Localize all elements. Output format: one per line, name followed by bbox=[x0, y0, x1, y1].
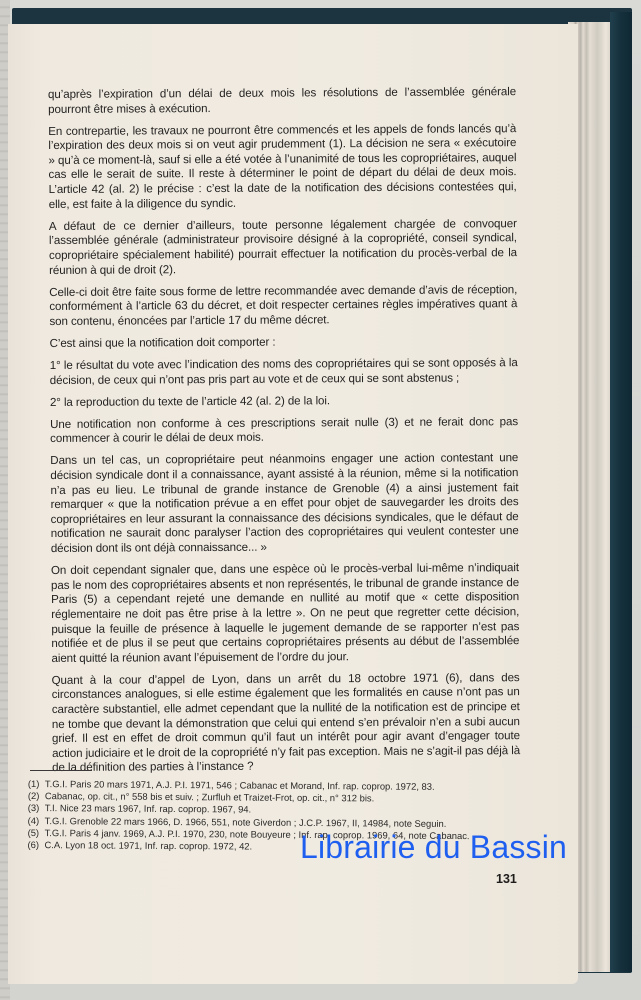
paragraph: Dans un tel cas, un copropriétaire peut … bbox=[50, 452, 519, 557]
footnote-number: (1) bbox=[28, 778, 45, 790]
paragraph: qu’après l’expiration d’un délai de deux… bbox=[48, 85, 516, 117]
list-item: 1° le résultat du vote avec l’indication… bbox=[50, 356, 518, 388]
footnote-divider bbox=[30, 770, 92, 771]
paragraph: En contrepartie, les travaux ne pourront… bbox=[48, 122, 517, 212]
list-item: 2° la reproduction du texte de l’article… bbox=[50, 393, 518, 410]
footnote-number: (4) bbox=[28, 815, 45, 827]
footnote-number: (2) bbox=[28, 790, 45, 802]
watermark: Librairie du Bassin bbox=[300, 829, 567, 866]
paragraph: Quant à la cour d’appel de Lyon, dans un… bbox=[52, 671, 521, 776]
footnote-text: C.A. Lyon 18 oct. 1971, Inf. rap. coprop… bbox=[44, 839, 252, 853]
paragraph: A défaut de ce dernier d’ailleurs, toute… bbox=[49, 217, 517, 278]
footnote-number: (5) bbox=[28, 827, 45, 839]
book-binding bbox=[610, 12, 632, 972]
footnote-number: (3) bbox=[28, 802, 45, 814]
body-text: qu’après l’expiration d’un délai de deux… bbox=[48, 85, 520, 783]
paragraph: Une notification non conforme à ces pres… bbox=[50, 415, 518, 447]
paragraph: On doit cependant signaler que, dans une… bbox=[51, 561, 520, 666]
book-photo: qu’après l’expiration d’un délai de deux… bbox=[0, 0, 641, 1000]
page-number: 131 bbox=[496, 872, 517, 886]
paragraph: C’est ainsi que la notification doit com… bbox=[50, 334, 518, 351]
paragraph: Celle-ci doit être faite sous forme de l… bbox=[49, 283, 517, 330]
footnote-number: (6) bbox=[27, 839, 44, 851]
